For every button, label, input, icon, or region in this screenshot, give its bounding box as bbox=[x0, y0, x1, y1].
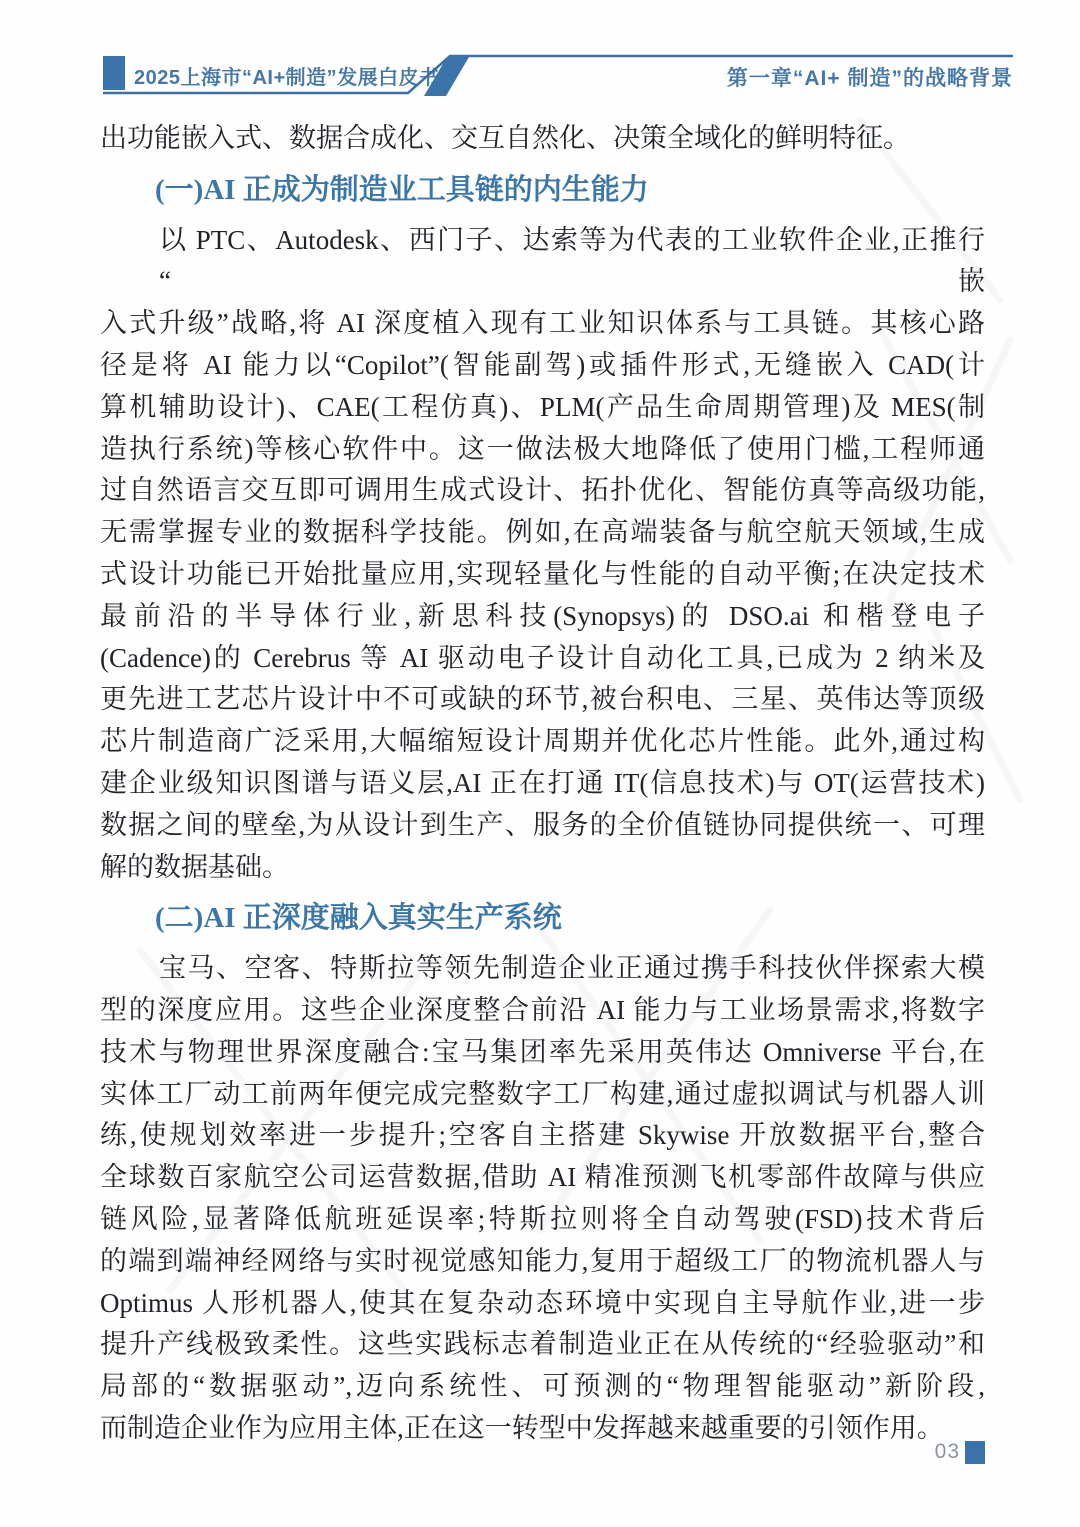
text-line: 更先进工艺芯片设计中不可或缺的环节,被台积电、三星、英伟达等顶级 bbox=[100, 679, 985, 721]
text-line: Optimus 人形机器人,使其在复杂动态环境中实现自主导航作业,进一步 bbox=[100, 1283, 985, 1325]
section-1: (一)AI 正成为制造业工具链的内生能力 以 PTC、Autodesk、西门子、… bbox=[100, 170, 985, 889]
page-content: 出功能嵌入式、数据合成化、交互自然化、决策全域化的鲜明特征。 (一)AI 正成为… bbox=[100, 118, 985, 1450]
text-line: 全球数百家航空公司运营数据,借助 AI 精准预测飞机零部件故障与供应 bbox=[100, 1157, 985, 1199]
text-line: 数据之间的壁垒,为从设计到生产、服务的全价值链协同提供统一、可理 bbox=[100, 805, 985, 847]
section-1-heading: (一)AI 正成为制造业工具链的内生能力 bbox=[100, 170, 985, 212]
header-rule-lines bbox=[0, 0, 1080, 120]
header-left-title: 2025上海市“AI+制造”发展白皮书 bbox=[134, 61, 440, 90]
page-footer: 03 bbox=[935, 1440, 985, 1464]
text-line: 式设计功能已开始批量应用,实现轻量化与性能的自动平衡;在决定技术 bbox=[100, 554, 985, 596]
header-accent-square-icon bbox=[103, 56, 125, 90]
text-line: 算机辅助设计)、CAE(工程仿真)、PLM(产品生命周期管理)及 MES(制 bbox=[100, 387, 985, 429]
text-line: 链风险,显著降低航班延误率;特斯拉则将全自动驾驶(FSD)技术背后 bbox=[100, 1199, 985, 1241]
text-line: 建企业级知识图谱与语义层,AI 正在打通 IT(信息技术)与 OT(运营技术) bbox=[100, 763, 985, 805]
text-line: 提升产线极致柔性。这些实践标志着制造业正在从传统的“经验驱动”和 bbox=[100, 1324, 985, 1366]
text-line: 而制造企业作为应用主体,正在这一转型中发挥越来越重要的引领作用。 bbox=[100, 1408, 985, 1450]
text-line: 宝马、空客、特斯拉等领先制造企业正通过携手科技伙伴探索大模 bbox=[100, 948, 985, 990]
section-2-heading: (二)AI 正深度融入真实生产系统 bbox=[100, 898, 985, 940]
text-line: 无需掌握专业的数据科学技能。例如,在高端装备与航空航天领域,生成 bbox=[100, 512, 985, 554]
section-1-paragraph: 以 PTC、Autodesk、西门子、达索等为代表的工业软件企业,正推行“嵌入式… bbox=[100, 220, 985, 889]
text-line: 的端到端神经网络与实时视觉感知能力,复用于超级工厂的物流机器人与 bbox=[100, 1241, 985, 1283]
text-line: 最前沿的半导体行业,新思科技(Synopsys)的 DSO.ai 和楷登电子 bbox=[100, 596, 985, 638]
header-right-title: 第一章“AI+ 制造”的战略背景 bbox=[727, 62, 1013, 92]
text-line: 造执行系统)等核心软件中。这一做法极大地降低了使用门槛,工程师通 bbox=[100, 429, 985, 471]
text-line: 练,使规划效率进一步提升;空客自主搭建 Skywise 开放数据平台,整合 bbox=[100, 1115, 985, 1157]
text-line: 芯片制造商广泛采用,大幅缩短设计周期并优化芯片性能。此外,通过构 bbox=[100, 721, 985, 763]
text-line: 型的深度应用。这些企业深度整合前沿 AI 能力与工业场景需求,将数字 bbox=[100, 990, 985, 1032]
text-line: 解的数据基础。 bbox=[100, 847, 985, 889]
text-line: 局部的“数据驱动”,迈向系统性、可预测的“物理智能驱动”新阶段, bbox=[100, 1366, 985, 1408]
footer-accent-square-icon bbox=[965, 1441, 985, 1464]
text-line: 实体工厂动工前两年便完成完整数字工厂构建,通过虚拟调试与机器人训 bbox=[100, 1074, 985, 1116]
text-line: (Cadence)的 Cerebrus 等 AI 驱动电子设计自动化工具,已成为… bbox=[100, 638, 985, 680]
text-line: 过自然语言交互即可调用生成式设计、拓扑优化、智能仿真等高级功能, bbox=[100, 470, 985, 512]
text-line: 以 PTC、Autodesk、西门子、达索等为代表的工业软件企业,正推行“嵌 bbox=[100, 220, 985, 304]
text-line: 径是将 AI 能力以“Copilot”(智能副驾)或插件形式,无缝嵌入 CAD(… bbox=[100, 345, 985, 387]
intro-line: 出功能嵌入式、数据合成化、交互自然化、决策全域化的鲜明特征。 bbox=[100, 118, 985, 160]
text-line: 技术与物理世界深度融合:宝马集团率先采用英伟达 Omniverse 平台,在 bbox=[100, 1032, 985, 1074]
section-2-paragraph: 宝马、空客、特斯拉等领先制造企业正通过携手科技伙伴探索大模型的深度应用。这些企业… bbox=[100, 948, 985, 1450]
section-2: (二)AI 正深度融入真实生产系统 宝马、空客、特斯拉等领先制造企业正通过携手科… bbox=[100, 898, 985, 1449]
document-page: 2025上海市“AI+制造”发展白皮书 第一章“AI+ 制造”的战略背景 出功能… bbox=[0, 0, 1080, 1527]
page-number: 03 bbox=[935, 1440, 960, 1464]
text-line: 入式升级”战略,将 AI 深度植入现有工业知识体系与工具链。其核心路 bbox=[100, 303, 985, 345]
